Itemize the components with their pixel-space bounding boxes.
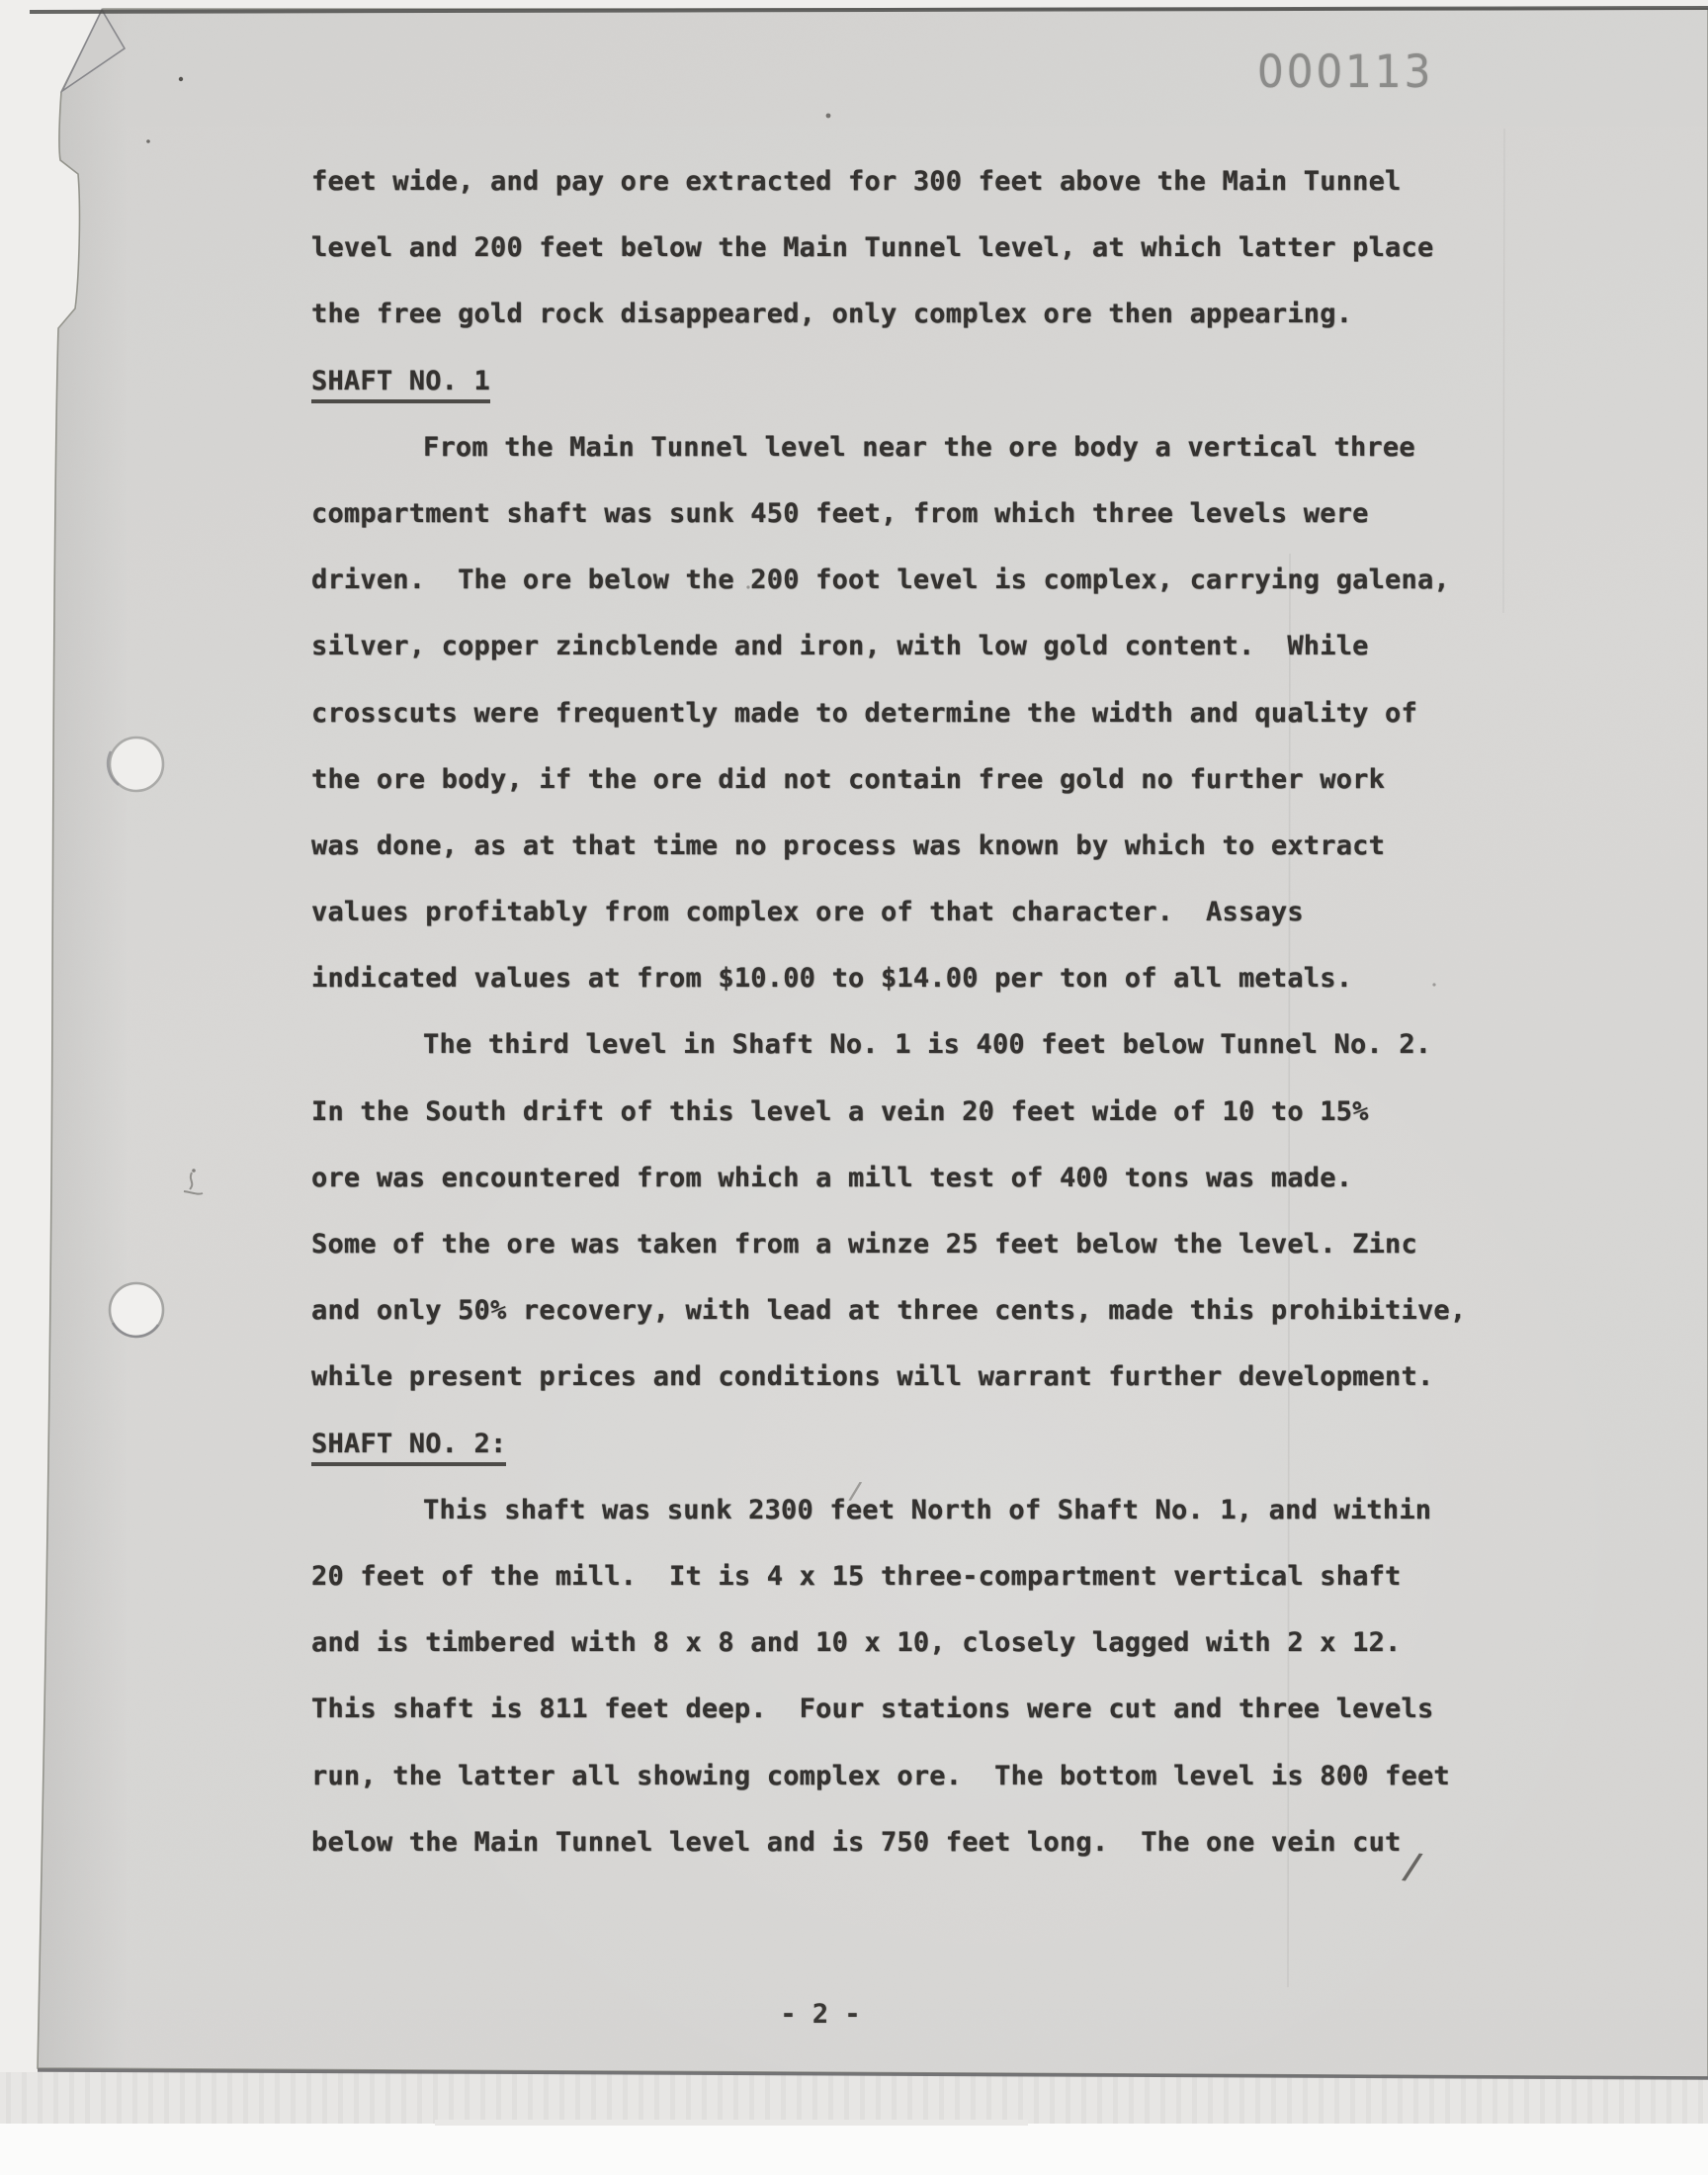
- text-line: In the South drift of this level a vein …: [311, 1079, 1626, 1145]
- text-line: level and 200 feet below the Main Tunnel…: [311, 215, 1626, 281]
- scanned-document-page: 000113 feet wide, and pay ore extracted …: [0, 0, 1708, 2175]
- text-line: silver, copper zincblende and iron, with…: [311, 613, 1626, 679]
- text-line: 20 feet of the mill. It is 4 x 15 three-…: [311, 1543, 1626, 1609]
- text-line: run, the latter all showing complex ore.…: [311, 1743, 1626, 1809]
- scanbed-strip: [0, 2072, 1708, 2126]
- typed-text-block: feet wide, and pay ore extracted for 300…: [311, 148, 1626, 1875]
- heading-underline-text: SHAFT NO. 1: [311, 366, 490, 403]
- document-number-stamp: 000113: [1257, 45, 1433, 98]
- section-heading-shaft-no-1: SHAFT NO. 1: [311, 348, 1626, 414]
- text-line: This shaft is 811 feet deep. Four statio…: [311, 1676, 1626, 1742]
- text-line: values profitably from complex ore of th…: [311, 879, 1626, 945]
- text-line: and is timbered with 8 x 8 and 10 x 10, …: [311, 1609, 1626, 1676]
- text-line: the free gold rock disappeared, only com…: [311, 281, 1626, 347]
- text-line: was done, as at that time no process was…: [311, 813, 1626, 879]
- text-line: compartment shaft was sunk 450 feet, fro…: [311, 480, 1626, 547]
- text-line: feet wide, and pay ore extracted for 300…: [311, 148, 1626, 215]
- text-line: below the Main Tunnel level and is 750 f…: [311, 1809, 1626, 1875]
- text-line: and only 50% recovery, with lead at thre…: [311, 1277, 1626, 1344]
- hole-punch-top: [108, 738, 163, 791]
- text-line: This shaft was sunk 2300 feet North of S…: [311, 1477, 1626, 1543]
- text-line: From the Main Tunnel level near the ore …: [311, 414, 1626, 480]
- section-heading-shaft-no-2: SHAFT NO. 2:: [311, 1411, 1626, 1477]
- text-line: the ore body, if the ore did not contain…: [311, 746, 1626, 813]
- text-line: indicated values at from $10.00 to $14.0…: [311, 945, 1626, 1011]
- text-line: The third level in Shaft No. 1 is 400 fe…: [311, 1011, 1626, 1078]
- text-line: crosscuts were frequently made to determ…: [311, 680, 1626, 746]
- text-line: ore was encountered from which a mill te…: [311, 1145, 1626, 1211]
- scanbed-white: [0, 2124, 1708, 2175]
- text-line: driven. The ore below the 200 foot level…: [311, 547, 1626, 613]
- hole-punch-bottom: [110, 1283, 163, 1337]
- text-line: while present prices and conditions will…: [311, 1344, 1626, 1410]
- text-line: Some of the ore was taken from a winze 2…: [311, 1211, 1626, 1277]
- heading-underline-text: SHAFT NO. 2:: [311, 1429, 506, 1466]
- scanbed-seam: [435, 2120, 1028, 2126]
- handwritten-slash-mark-small: /: [847, 1476, 864, 1505]
- page-number: - 2 -: [731, 1999, 909, 2030]
